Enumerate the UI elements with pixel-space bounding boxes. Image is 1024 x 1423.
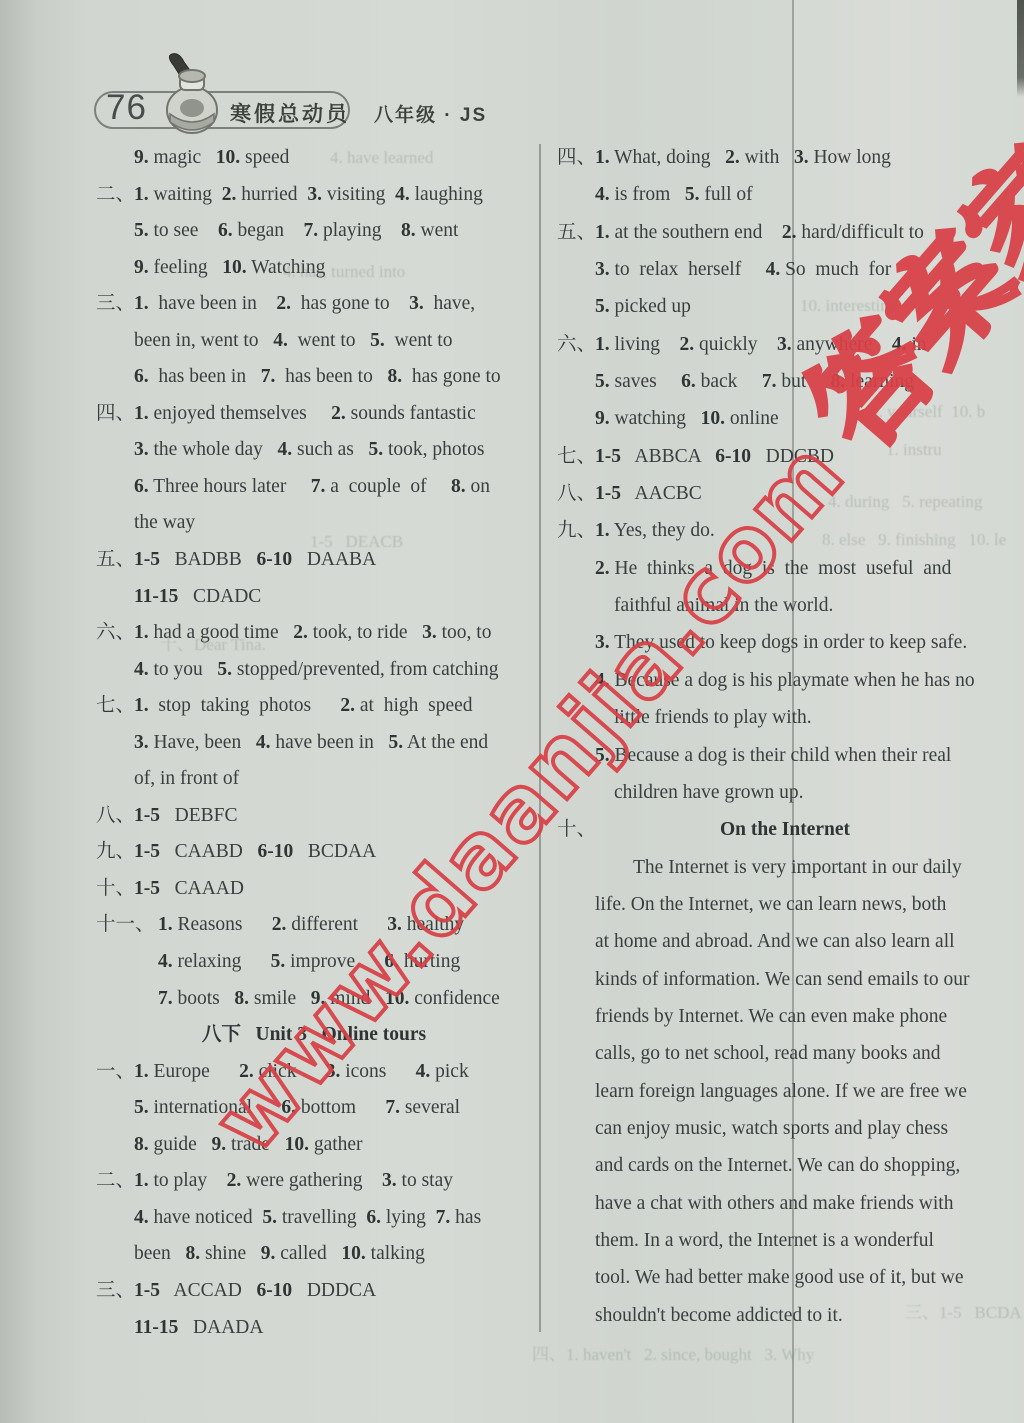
section-marker: 九、 [557, 512, 596, 549]
answer-line: 七、1-5 ABBCA 6-10 DDCBD [557, 438, 1013, 475]
series-title: 寒假总动员 [230, 98, 350, 128]
answer-line: life. On the Internet, we can learn news… [557, 886, 1013, 923]
section-marker: 十一、 [96, 907, 155, 944]
answer-line: 4. is from 5. full of [557, 176, 1013, 213]
ink-bottle-mascot-icon [146, 52, 236, 143]
answer-line: 5. to see 6. began 7. playing 8. went [96, 213, 532, 250]
section-marker: 六、 [96, 615, 135, 652]
section-marker: 五、 [96, 542, 135, 579]
page-number: 76 [106, 88, 147, 128]
answer-line: 六、1. living 2. quickly 3. anywhere 4. in [557, 326, 1013, 363]
answer-line: 4. have noticed 5. travelling 6. lying 7… [96, 1200, 532, 1237]
section-marker: 七、 [96, 688, 135, 725]
answer-line: learn foreign languages alone. If we are… [557, 1073, 1013, 1110]
answer-line: 四、1. enjoyed themselves 2. sounds fantas… [96, 396, 532, 433]
bleedthrough-text: 10. interesting [800, 296, 897, 316]
answer-line: 5. picked up [557, 288, 1013, 325]
answer-line: calls, go to net school, read many books… [557, 1035, 1013, 1072]
section-marker: 七、 [557, 438, 596, 475]
bleedthrough-text: 十、Dear Tina. [160, 630, 266, 655]
answer-line: and cards on the Internet. We can do sho… [557, 1147, 1013, 1184]
answer-line: 4. relaxing 5. improve 6. hurting [96, 944, 532, 981]
answer-line: 3. the whole day 4. such as 5. took, pho… [96, 432, 532, 469]
answer-line: 6. has been in 7. has been to 8. has gon… [96, 359, 532, 396]
answer-line: 十、On the Internet [557, 811, 1013, 848]
answer-line: at home and abroad. And we can also lear… [557, 923, 1013, 960]
section-marker: 四、 [96, 396, 135, 433]
answer-line: 3. to relax herself 4. So much for [557, 251, 1013, 288]
answer-line: 3. Have, been 4. have been in 5. At the … [96, 725, 532, 762]
answer-line: 4. Because a dog is his playmate when he… [557, 662, 1013, 699]
answer-line: can enjoy music, watch sports and play c… [557, 1110, 1013, 1147]
answer-line: 五、1. at the southern end 2. hard/difficu… [557, 214, 1013, 251]
bleedthrough-text: 4. has, turned into [283, 262, 405, 282]
section-marker: 三、 [96, 1273, 135, 1310]
answer-line: them. In a word, the Internet is a wonde… [557, 1222, 1013, 1259]
answer-line: 9. magic 10. speed [96, 140, 532, 177]
bleedthrough-text: 4. during 5. repeating [828, 492, 982, 512]
answers-column-left: 9. magic 10. speed二、1. waiting 2. hurrie… [96, 140, 532, 1346]
answer-line: 二、1. to play 2. were gathering 3. to sta… [96, 1163, 532, 1200]
answer-line: 5. saves 6. back 7. but 8. learning [557, 363, 1013, 400]
answer-line: 二、1. waiting 2. hurried 3. visiting 4. l… [96, 177, 532, 214]
answer-line: of, in front of [96, 761, 532, 798]
bleedthrough-text: 9. yourself 10. b [870, 402, 985, 422]
answer-line: tool. We had better make good use of it,… [557, 1259, 1013, 1296]
answer-line: faithful animal in the world. [557, 587, 1013, 624]
answer-line: little friends to play with. [557, 699, 1013, 736]
section-marker: 十、 [96, 871, 135, 908]
section-marker: 六、 [557, 326, 596, 363]
answer-line: 三、1. have been in 2. has gone to 3. have… [96, 286, 532, 323]
answer-line: 七、1. stop taking photos 2. at high speed [96, 688, 532, 725]
section-marker: 五、 [557, 214, 596, 251]
answer-line: 十一、1. Reasons 2. different 3. healthy [96, 907, 532, 944]
answer-line: The Internet is very important in our da… [557, 849, 1013, 886]
section-marker: 二、 [96, 1163, 135, 1200]
answer-line: 8. guide 9. trade 10. gather [96, 1127, 532, 1164]
answer-line: 四、1. What, doing 2. with 3. How long [557, 139, 1013, 176]
bleedthrough-text: 1. instru [886, 440, 942, 460]
answer-line: 八、1-5 DEBFC [96, 798, 532, 835]
bleedthrough-text: 四、1. haven't 2. since, bought 3. Why [532, 1340, 814, 1365]
section-marker: 十、 [557, 811, 596, 848]
answer-line: 5. Because a dog is their child when the… [557, 737, 1013, 774]
bleedthrough-text: 三、1-5 BCDA [905, 1298, 1022, 1323]
answer-line: 11-15 DAADA [96, 1310, 532, 1347]
bleedthrough-text: 8. else 9. finishing 10. le [822, 530, 1006, 550]
answer-line: 三、1-5 ACCAD 6-10 DDDCA [96, 1273, 532, 1310]
answer-line: 4. to you 5. stopped/prevented, from cat… [96, 652, 532, 689]
answer-line: 11-15 CDADC [96, 579, 532, 616]
answer-line: have a chat with others and make friends… [557, 1185, 1013, 1222]
answer-line: 7. boots 8. smile 9. mind 10. confidence [96, 981, 532, 1018]
section-marker: 三、 [96, 286, 135, 323]
grade-edition-label: 八年级 · JS [374, 100, 487, 127]
answer-line: been 8. shine 9. called 10. talking [96, 1236, 532, 1273]
answer-line: been in, went to 4. went to 5. went to [96, 323, 532, 360]
scan-edge-shadow [1017, 0, 1024, 97]
section-marker: 八、 [557, 475, 596, 512]
bleedthrough-text: 1-5 DEACB [310, 532, 403, 552]
answer-line: 2. He thinks a dog is the most useful an… [557, 550, 1013, 587]
section-marker: 二、 [96, 177, 135, 214]
section-marker: 九、 [96, 834, 135, 871]
answers-column-right: 四、1. What, doing 2. with 3. How long4. i… [557, 139, 1013, 1334]
answer-line: 九、1-5 CAABD 6-10 BCDAA [96, 834, 532, 871]
section-marker: 八、 [96, 798, 135, 835]
answer-line: 5. international 6. bottom 7. several [96, 1090, 532, 1127]
answer-line: kinds of information. We can send emails… [557, 961, 1013, 998]
page-crease-line-left [539, 144, 541, 1332]
answer-line: 6. Three hours later 7. a couple of 8. o… [96, 469, 532, 506]
answer-line: friends by Internet. We can even make ph… [557, 998, 1013, 1035]
answer-line: 一、1. Europe 2. click 3. icons 4. pick [96, 1054, 532, 1091]
answer-line: 3. They used to keep dogs in order to ke… [557, 624, 1013, 661]
section-marker: 一、 [96, 1054, 135, 1091]
answer-line: 十、1-5 CAAAD [96, 871, 532, 908]
section-marker: 四、 [557, 139, 596, 176]
bleedthrough-text: 4. have learned [330, 148, 433, 168]
answer-line: 八下 Unit 3 Online tours [96, 1017, 532, 1054]
answer-line: children have grown up. [557, 774, 1013, 811]
